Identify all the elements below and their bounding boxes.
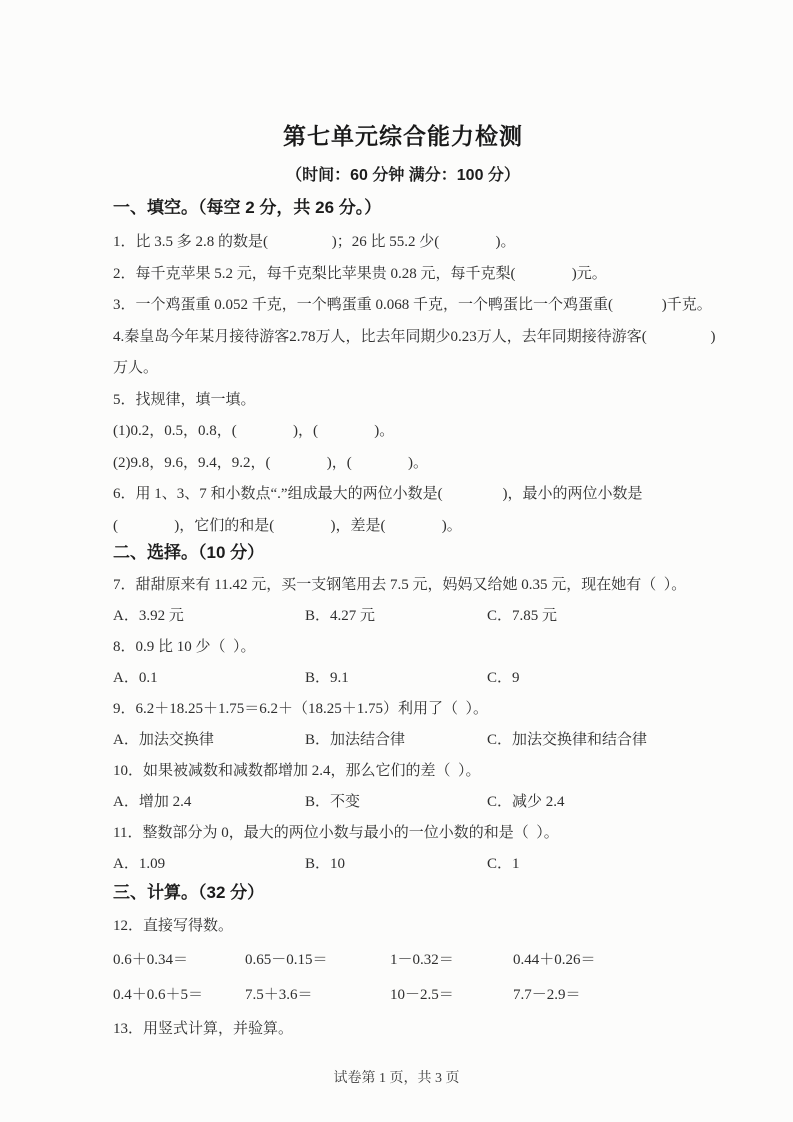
fill-blank-line-2: 2．每千克苹果 5.2 元，每千克梨比苹果贵 0.28 元，每千克梨( )元。 <box>113 259 693 291</box>
fill-blank-line-1: 1．比 3.5 多 2.8 的数是( )；26 比 55.2 少( )。 <box>113 227 693 259</box>
calc-cell: 1－0.32＝ <box>390 945 513 976</box>
fill-blank-line-4: 4.秦皇岛今年某月接待游客2.78万人，比去年同期少0.23万人，去年同期接待游… <box>113 322 693 354</box>
question-7-stem: 7．甜甜原来有 11.42 元，买一支钢笔用去 7.5 元，妈妈又给她 0.35… <box>113 570 693 601</box>
fill-blank-line-5: 5．找规律，填一填。 <box>113 385 693 417</box>
option-b: B．9.1 <box>305 663 487 694</box>
option-c: C．减少 2.4 <box>487 787 693 818</box>
fill-blank-line-6: 6．用 1、3、7 和小数点“.”组成最大的两位小数是( )，最小的两位小数是 <box>113 479 693 511</box>
option-b: B．4.27 元 <box>305 601 487 632</box>
calc-cell: 0.44＋0.26＝ <box>513 945 693 976</box>
section-3-heading: 三、计算。（32 分） <box>113 882 693 904</box>
calc-cell: 7.5＋3.6＝ <box>245 980 390 1011</box>
fill-blank-line-5-1: (1)0.2，0.5，0.8，( )，( )。 <box>113 416 693 448</box>
page-title: 第七单元综合能力检测 <box>113 122 693 150</box>
section-2-heading: 二、选择。（10 分） <box>113 542 693 564</box>
option-a: A．0.1 <box>113 663 305 694</box>
exam-page: 第七单元综合能力检测 （时间：60 分钟 满分：100 分） 一、填空。（每空 … <box>0 0 793 1122</box>
option-a: A．3.92 元 <box>113 601 305 632</box>
option-a: A．1.09 <box>113 849 305 880</box>
question-9-stem: 9．6.2＋18.25＋1.75＝6.2＋（18.25＋1.75）利用了（ ）。 <box>113 694 693 725</box>
question-8-stem: 8．0.9 比 10 少（ ）。 <box>113 632 693 663</box>
calc-cell: 0.65－0.15＝ <box>245 945 390 976</box>
question-8-options: A．0.1 B．9.1 C．9 <box>113 663 693 694</box>
section-1-body: 1．比 3.5 多 2.8 的数是( )；26 比 55.2 少( )。 2．每… <box>113 227 693 542</box>
option-b: B．不变 <box>305 787 487 818</box>
fill-blank-line-6-cont: ( )，它们的和是( )，差是( )。 <box>113 511 693 543</box>
question-9-options: A．加法交换律 B．加法结合律 C．加法交换律和结合律 <box>113 725 693 756</box>
calc-cell: 0.6＋0.34＝ <box>113 945 245 976</box>
calc-cell: 10－2.5＝ <box>390 980 513 1011</box>
question-10-options: A．增加 2.4 B．不变 C．减少 2.4 <box>113 787 693 818</box>
question-11-stem: 11．整数部分为 0，最大的两位小数与最小的一位小数的和是（ ）。 <box>113 818 693 849</box>
section-2-body: 7．甜甜原来有 11.42 元，买一支钢笔用去 7.5 元，妈妈又给她 0.35… <box>113 570 693 880</box>
fill-blank-line-4-cont: 万人。 <box>113 353 693 385</box>
option-b: B．10 <box>305 849 487 880</box>
fill-blank-line-5-2: (2)9.8，9.6，9.4，9.2，( )，( )。 <box>113 448 693 480</box>
question-7-options: A．3.92 元 B．4.27 元 C．7.85 元 <box>113 601 693 632</box>
question-12-label: 12．直接写得数。 <box>113 911 693 942</box>
option-c: C．1 <box>487 849 693 880</box>
question-10-stem: 10．如果被减数和减数都增加 2.4，那么它们的差（ ）。 <box>113 756 693 787</box>
calc-cell: 0.4＋0.6＋5＝ <box>113 980 245 1011</box>
calc-cell: 7.7－2.9＝ <box>513 980 693 1011</box>
option-a: A．增加 2.4 <box>113 787 305 818</box>
option-b: B．加法结合律 <box>305 725 487 756</box>
option-a: A．加法交换律 <box>113 725 305 756</box>
option-c: C．9 <box>487 663 693 694</box>
section-1-heading: 一、填空。（每空 2 分，共 26 分。） <box>113 197 693 219</box>
question-13-label: 13．用竖式计算，并验算。 <box>113 1014 693 1045</box>
page-footer: 试卷第 1 页，共 3 页 <box>0 1070 793 1088</box>
question-11-options: A．1.09 B．10 C．1 <box>113 849 693 880</box>
fill-blank-line-3: 3．一个鸡蛋重 0.052 千克，一个鸭蛋重 0.068 千克，一个鸭蛋比一个鸡… <box>113 290 693 322</box>
exam-meta: （时间：60 分钟 满分：100 分） <box>113 166 693 186</box>
option-c: C．7.85 元 <box>487 601 693 632</box>
option-c: C．加法交换律和结合律 <box>487 725 693 756</box>
calc-grid: 0.6＋0.34＝ 0.65－0.15＝ 1－0.32＝ 0.44＋0.26＝ … <box>113 945 693 1011</box>
